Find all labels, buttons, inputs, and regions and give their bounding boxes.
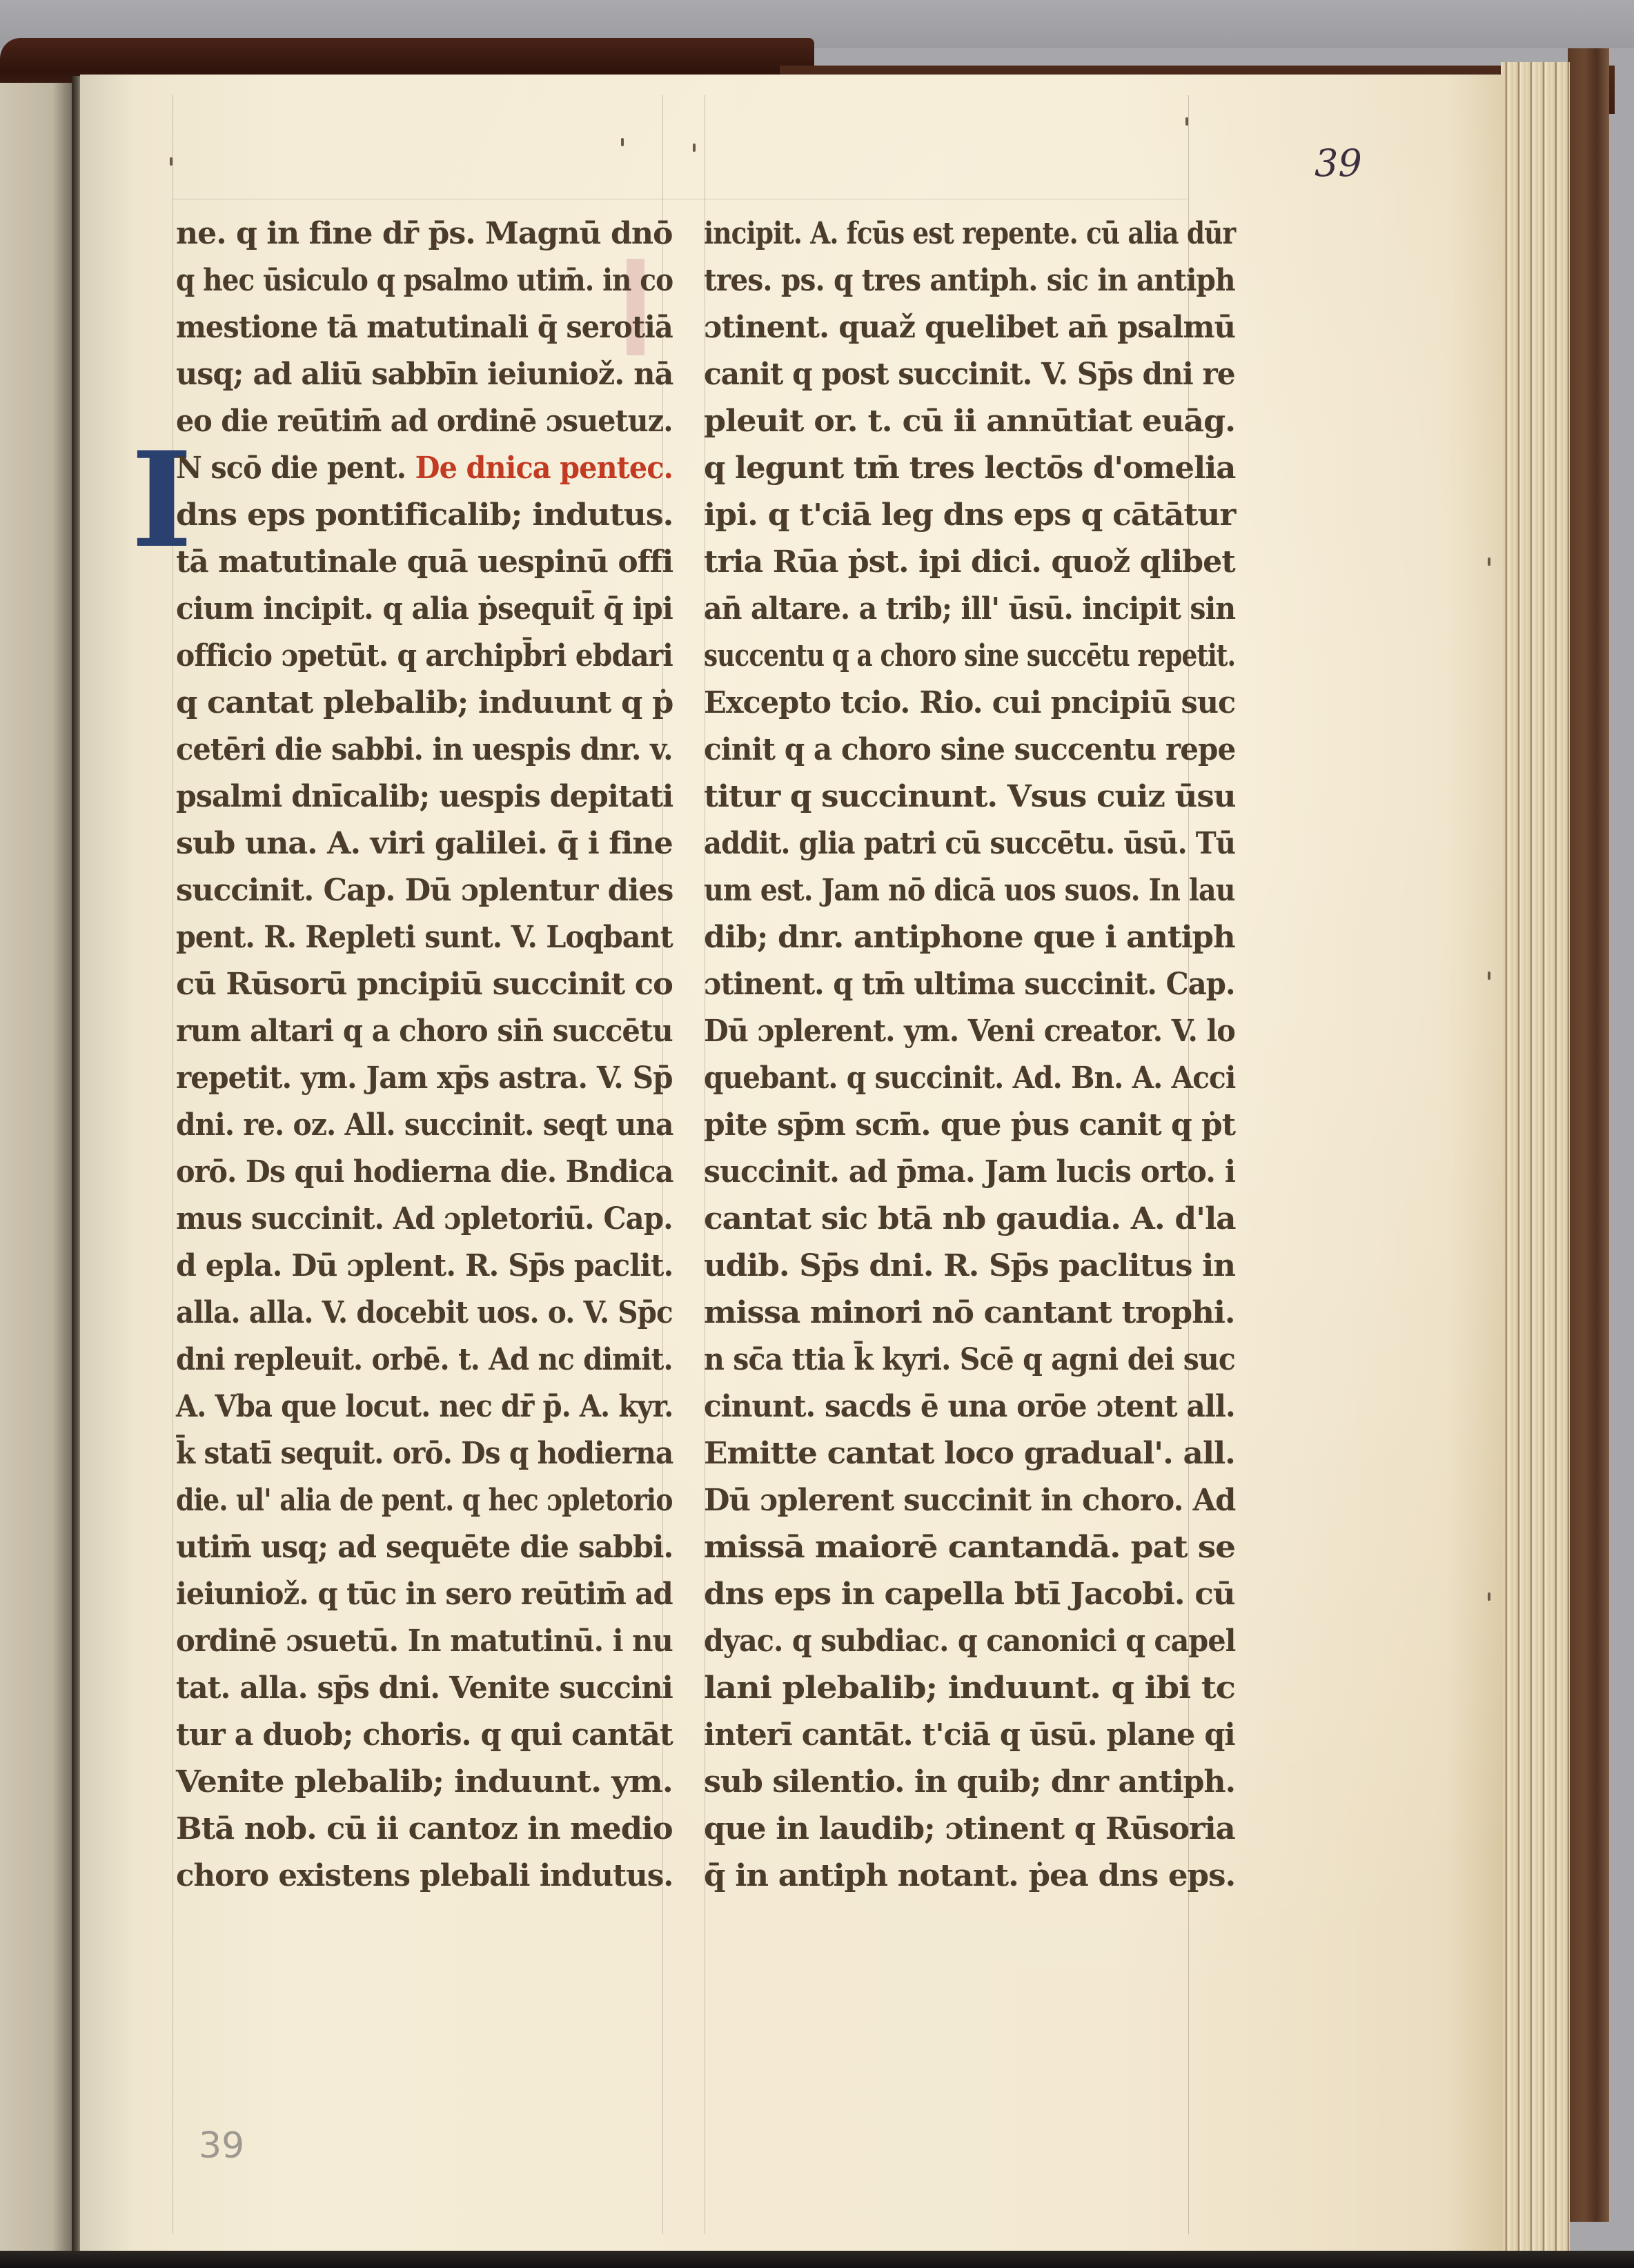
text-line: dni repleuit. orbē. t. Ad nc dimit. [176, 1337, 673, 1383]
pricking-mark [693, 144, 696, 152]
text-line: Dū ɔplerent. ym. Veni creator. V. lo [704, 1008, 1235, 1055]
text-line: tur a duob; choris. q qui cantāt [176, 1712, 673, 1759]
text-line: an̄ altare. a trib; ill' ūsū. incipit si… [704, 586, 1235, 633]
text-line: k̄ statī sequit. orō. Ds q hodierna [176, 1430, 673, 1477]
text-line: dyac. q subdiac. q canonici q capel [704, 1618, 1235, 1665]
text-line: udib. Sp̄s dni. R. Sp̄s paclitus in [704, 1243, 1235, 1290]
text-line: dns eps pontificalib; indutus. [176, 492, 673, 539]
text-line: canit q post succinit. V. Sp̄s dni re [704, 351, 1235, 398]
ruling-line-top [173, 199, 1188, 199]
text-line: quebant. q succinit. Ad. Bn. A. Acci [704, 1055, 1235, 1102]
ruling-line-left [173, 95, 173, 2234]
text-line: tres. ps. q tres antiph. sic in antiph [704, 257, 1235, 304]
rubric-heading: De dnica pentec. [415, 451, 673, 486]
text-line: q hec ūsiculo q psalmo utim̄. in co [176, 257, 673, 304]
facing-page-sliver [0, 83, 75, 2256]
text-line: dib; dnr. antiphone que i antiph [704, 914, 1235, 961]
text-line: um est. Jam nō dicā uos suos. In lau [704, 867, 1235, 914]
text-line: succinit. ad p̄ma. Jam lucis orto. i [704, 1149, 1235, 1196]
text-line: choro existens plebali indutus. [176, 1853, 673, 1900]
text-line: addit. glia patri cū succētu. ūsū. Tū [704, 820, 1235, 867]
text-line: Excepto tcio. Rio. cui pncipiū suc [704, 680, 1235, 727]
text-line: q legunt tm̄ tres lectōs d'omelia [704, 445, 1235, 492]
text-line: pleuit or. t. cū ii annūtiat euāg. [704, 398, 1235, 445]
text-line: ipi. q t'ciā leg dns eps q cātātur [704, 492, 1235, 539]
text-line: cantat sic btā nb gaudia. A. d'la [704, 1196, 1235, 1243]
text-line: tat. alla. sp̄s dni. Venite succini [176, 1665, 673, 1712]
text-line: mestione tā matutinali q̄ serotiā [176, 304, 673, 351]
text-line: usq; ad aliū sabbīn ieiuniož. nā [176, 351, 673, 398]
text-line: q̄ in antiph notant. ṗea dns eps. [704, 1853, 1235, 1900]
text-line: pent. R. Repleti sunt. V. Loqbant [176, 914, 673, 961]
pricking-mark [1488, 558, 1490, 566]
text-line: missā maiorē cantandā. pat se [704, 1524, 1235, 1571]
page-bottom-shadow [0, 2251, 1634, 2268]
text-line: psalmi dnīcalib; uespis depitati [176, 773, 673, 820]
text-line: ieiuniož. q tūc in sero reūtim̄ ad [176, 1571, 673, 1618]
text-line: sub silentio. in quib; dnr antiph. [704, 1759, 1235, 1806]
text-line: cinunt. sacds ē una orōe ɔtent all. [704, 1383, 1235, 1430]
text-line: d epla. Dū ɔplent. R. Sp̄s paclit. [176, 1243, 673, 1290]
text-line: Venite plebalib; induunt. ym. [176, 1759, 673, 1806]
text-column-left: ne. q in fine dr̄ p̄s. Magnū dnō q hec ū… [176, 210, 673, 1949]
text-line: ne. q in fine dr̄ p̄s. Magnū dnō [176, 210, 672, 257]
text-line: cium incipit. q alia ṗsequit̄ q̄ ipi [176, 586, 673, 633]
text-line: A. Vba que locut. nec dr̄ p̄. A. kyr. [176, 1383, 673, 1430]
text-line: cetēri die sabbi. in uespis dnr. v. [176, 727, 673, 773]
text-line: orō. Ds qui hodierna die. Bndica [176, 1149, 673, 1196]
text-line: succinit. Cap. Dū ɔplentur dies [176, 867, 673, 914]
text-line: Emitte cantat loco gradual'. all. [704, 1430, 1235, 1477]
text-line: cū Rūsorū pncipiū succinit co [176, 961, 673, 1008]
text-line: tria Rūa ṗst. ipi dici. quož qlibet [704, 539, 1235, 586]
text-line: cinit q a choro sine succentu repe [704, 727, 1235, 773]
text-line: incipit. A. fcūs est repente. cū alia dū… [704, 210, 1235, 257]
text-line: officio ɔpetūt. q archipb̄ri ebdari [176, 633, 673, 680]
decorated-initial: I [131, 442, 173, 559]
text-line: mus succinit. Ad ɔpletoriū. Cap. [176, 1196, 673, 1243]
text-line-with-rubric: N scō die pent. De dnica pentec. [176, 445, 673, 492]
page-edges-stack [1501, 62, 1570, 2263]
text-line: q cantat plebalib; induunt q ṗ [176, 680, 673, 727]
text-line: Btā nob. cū ii cantoz in medio [176, 1806, 673, 1853]
pricking-mark [1185, 117, 1188, 126]
text-line: missa minori nō cantant trophi. [704, 1290, 1235, 1337]
text-line: eo die reūtim̄ ad ordinē ɔsuetuz. [176, 398, 673, 445]
text-line: tā matutinale quā uespinū offi [176, 539, 673, 586]
text-line: ɔtinent. quaž quelibet an̄ psalmū [704, 304, 1235, 351]
text-line-lead: N scō die pent. [176, 451, 415, 486]
pencil-page-number: 39 [199, 2125, 244, 2167]
text-line: utim̄ usq; ad sequēte die sabbi. [176, 1524, 673, 1571]
text-line: lani plebalib; induunt. q ibi tc [704, 1665, 1235, 1712]
pricking-mark [170, 157, 173, 166]
pricking-mark [1488, 1592, 1490, 1601]
text-line: succentu q a choro sine succētu repetit. [704, 633, 1235, 680]
text-line: Dū ɔplerent succinit in choro. Ad [704, 1477, 1235, 1524]
book-cover-board [1568, 48, 1609, 2222]
text-column-right: incipit. A. fcūs est repente. cū alia dū… [704, 210, 1235, 1949]
text-line: que in laudib; ɔtinent q Rūsoria [704, 1806, 1235, 1853]
text-line: dni. re. oz. All. succinit. seqt una [176, 1102, 673, 1149]
text-line: interī cantāt. t'ciā q ūsū. plane qi [704, 1712, 1235, 1759]
pricking-mark [621, 138, 624, 146]
text-line: titur q succinunt. Vsus cuiz ūsu [704, 773, 1235, 820]
text-line: pite sp̄m scm̄. que ṗus canit q ṗt [704, 1102, 1235, 1149]
text-line: dns eps in capella btī Jacobi. cū [704, 1571, 1235, 1618]
text-line: ordinē ɔsuetū. In matutinū. i nu [176, 1618, 673, 1665]
text-line: n sc̄a ttia k̄ kyri. Scē q agni dei suc [704, 1337, 1235, 1383]
text-line: rum altari q a choro sin̄ succētu [176, 1008, 673, 1055]
text-line: sub una. A. viri galilei. q̄ i fine [176, 820, 673, 867]
text-line: die. ul' alia de pent. q hec ɔpletorio [176, 1477, 673, 1524]
text-line: alla. alla. V. docebit uos. o. V. Sp̄c [176, 1290, 673, 1337]
folio-number: 39 [1315, 141, 1362, 185]
pricking-mark [1488, 972, 1490, 980]
text-line: ɔtinent. q tm̄ ultima succinit. Cap. [704, 961, 1235, 1008]
text-line: repetit. ym. Jam xp̄s astra. V. Sp̄ [176, 1055, 673, 1102]
